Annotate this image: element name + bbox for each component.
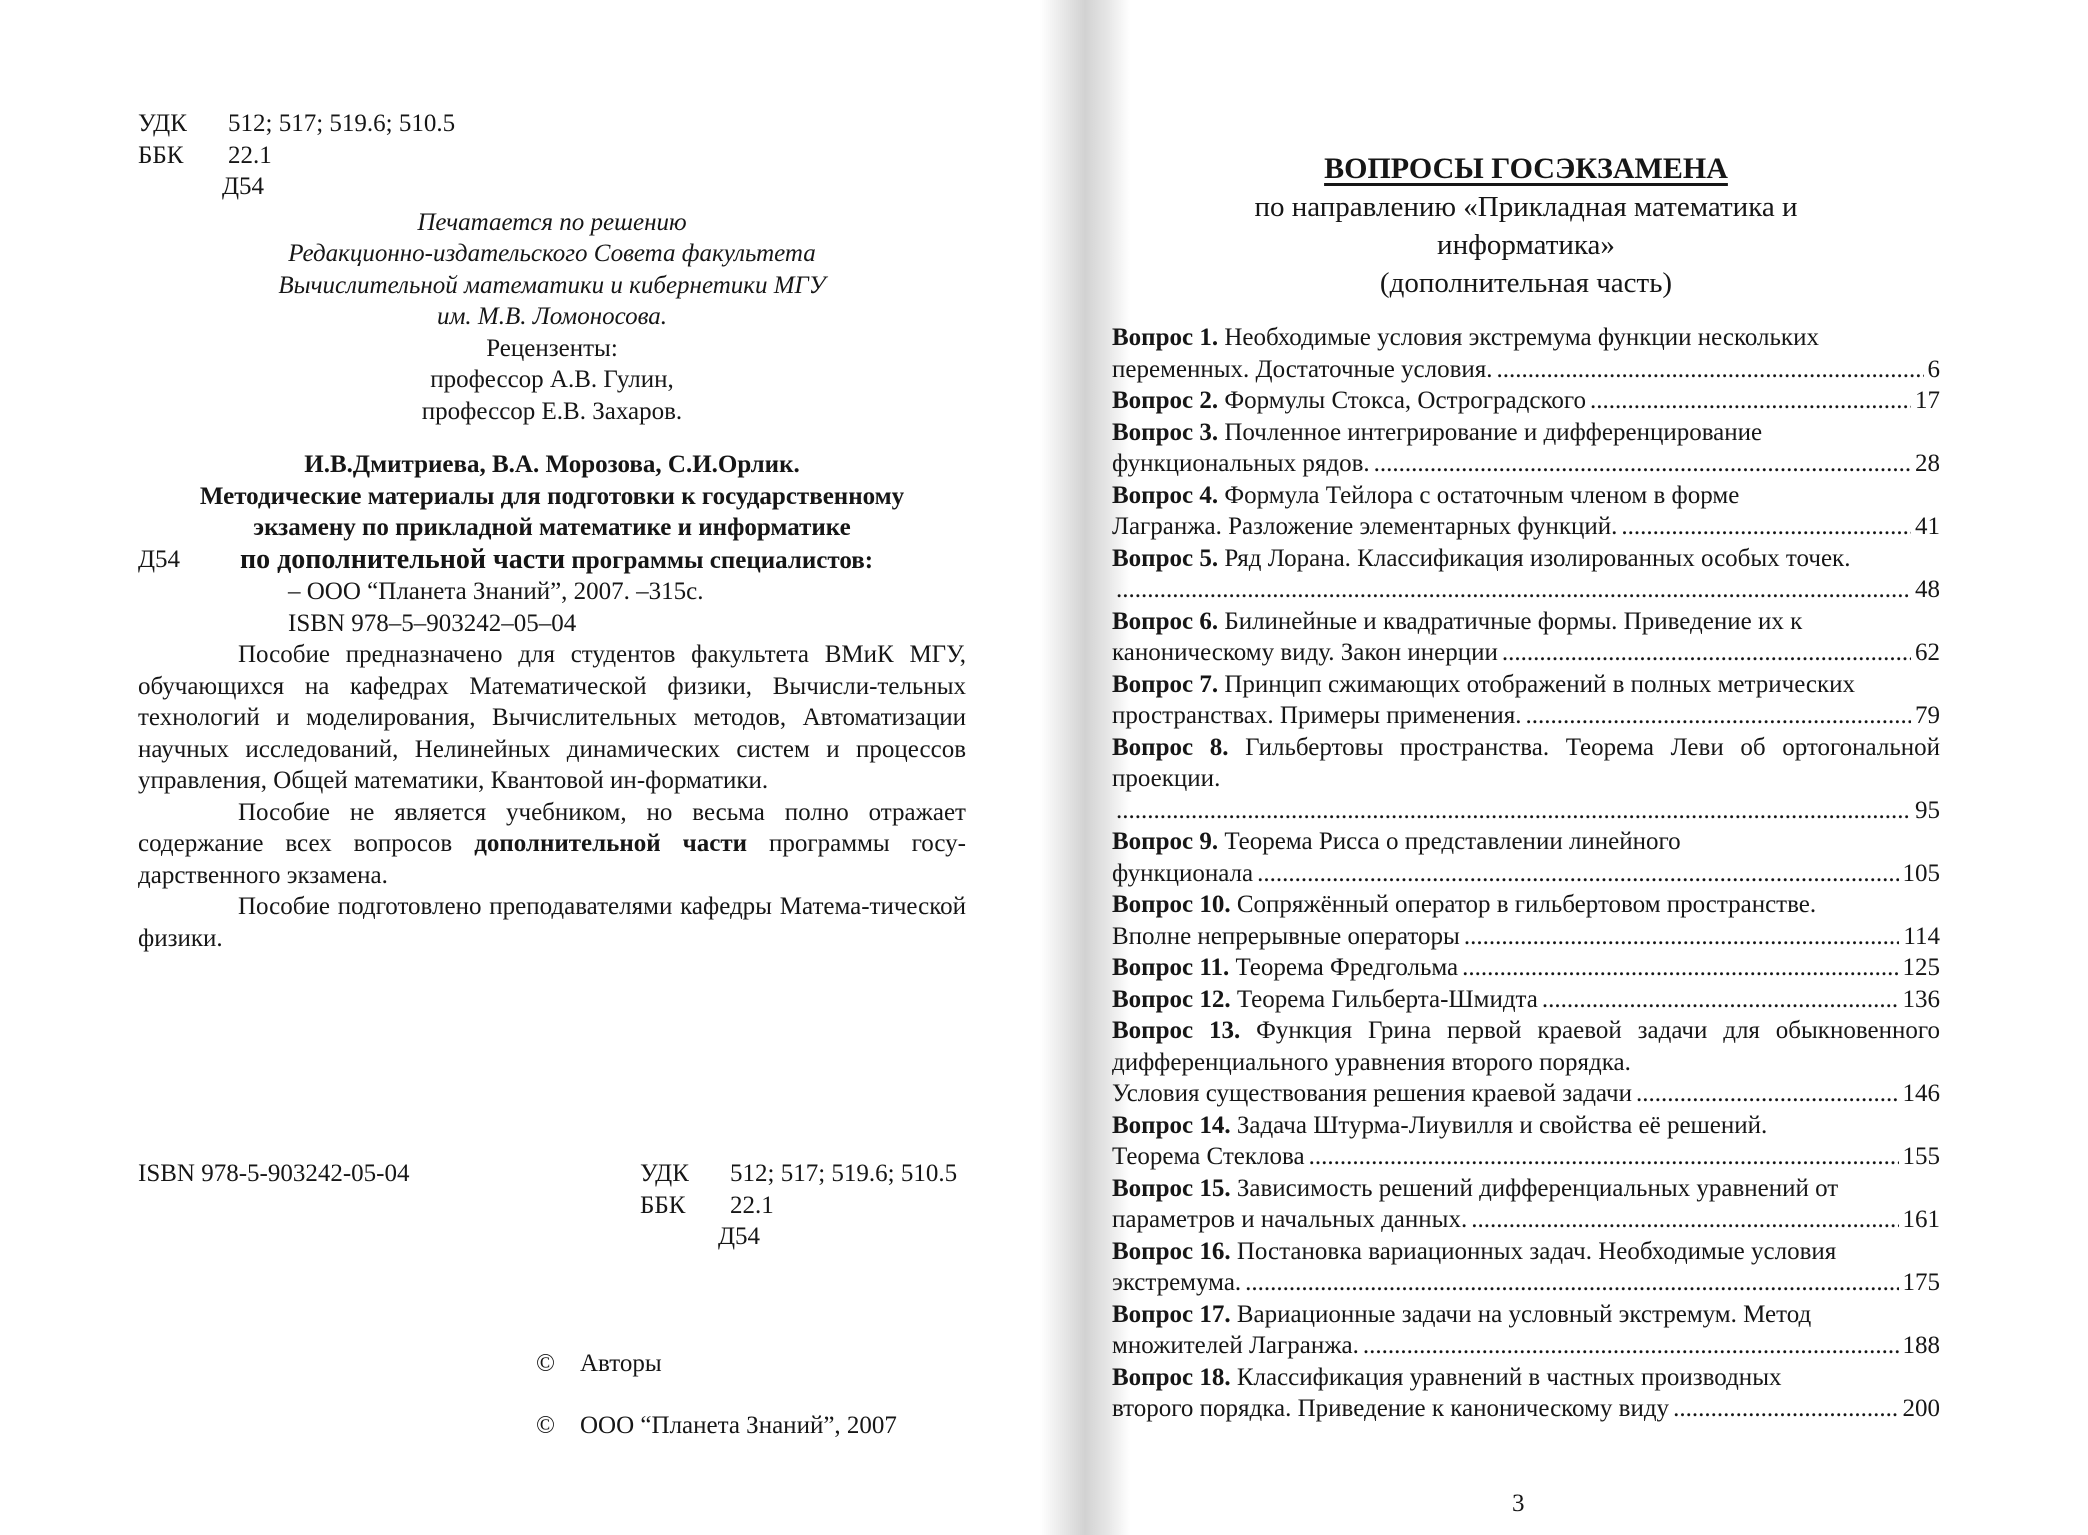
- toc-entry[interactable]: Вопрос 14. Задача Штурма-Лиувилля и свой…: [1112, 1110, 1940, 1173]
- toc-leader-dots: [1363, 1330, 1899, 1362]
- toc-question-text: Постановка вариационных задач. Необходим…: [1237, 1238, 1836, 1265]
- table-of-contents: Вопрос 1. Необходимые условия экстремума…: [1112, 322, 1940, 1425]
- author-mark: Д54: [138, 171, 966, 203]
- toc-page-number: 161: [1903, 1204, 1941, 1236]
- copyright-text: ООО “Планета Знаний”, 2007: [580, 1412, 897, 1439]
- toc-question-text: Ряд Лорана. Классификация изолированных …: [1224, 545, 1850, 572]
- toc-entry[interactable]: Вопрос 2. Формулы Стокса, Остроградского…: [1112, 385, 1940, 417]
- toc-leader-dots: [1464, 921, 1900, 953]
- bbk-label: ББК: [138, 140, 228, 172]
- author-mark: Д54: [640, 1221, 957, 1253]
- toc-entry[interactable]: Вопрос 17. Вариационные задачи на условн…: [1112, 1299, 1940, 1362]
- toc-question-label: Вопрос 4.: [1112, 482, 1224, 509]
- toc-leader-dots: [1116, 574, 1911, 606]
- toc-leader-dots: [1116, 795, 1911, 827]
- toc-question-label: Вопрос 9.: [1112, 828, 1224, 855]
- udk-label: УДК: [640, 1158, 730, 1190]
- copyright-line: ©ООО “Планета Знаний”, 2007: [536, 1412, 897, 1440]
- toc-question-text: Вопрос 12. Теорема Гильберта-Шмидта: [1112, 984, 1538, 1016]
- book-code: Д54: [138, 544, 240, 577]
- toc-subtitle: информатика»: [1112, 226, 1940, 264]
- toc-page-number: 17: [1915, 385, 1940, 417]
- imprint-line: Печатается по решению: [138, 207, 966, 239]
- toc-subtitle: (дополнительная часть): [1112, 264, 1940, 302]
- toc-question-text: Сопряжённый оператор в гильбертовом прос…: [1237, 891, 1816, 918]
- toc-question-label: Вопрос 16.: [1112, 1238, 1237, 1265]
- toc-page-number: 6: [1928, 354, 1941, 386]
- toc-entry[interactable]: Вопрос 4. Формула Тейлора с остаточным ч…: [1112, 480, 1940, 543]
- toc-entry[interactable]: Вопрос 18. Классификация уравнений в час…: [1112, 1362, 1940, 1425]
- toc-entry[interactable]: Вопрос 1. Необходимые условия экстремума…: [1112, 322, 1940, 385]
- toc-question-text: Вопрос 2. Формулы Стокса, Остроградского: [1112, 385, 1586, 417]
- toc-entry[interactable]: Вопрос 3. Почленное интегрирование и диф…: [1112, 417, 1940, 480]
- annotation-paragraph: Пособие предназначено для студентов факу…: [138, 639, 966, 797]
- toc-question-text: Условия существования решения краевой за…: [1112, 1078, 1632, 1110]
- page-number: 3: [1512, 1490, 1525, 1518]
- toc-leader-dots: [1471, 1204, 1898, 1236]
- toc-question-text: множителей Лагранжа.: [1112, 1330, 1359, 1362]
- series-line: Д54 по дополнительной части программы сп…: [138, 544, 966, 577]
- toc-question-label: Вопрос 18.: [1112, 1364, 1237, 1391]
- toc-question-label: Вопрос 10.: [1112, 891, 1237, 918]
- toc-question-text: второго порядка. Приведение к каноническ…: [1112, 1393, 1669, 1425]
- toc-entry[interactable]: Вопрос 15. Зависимость решений дифференц…: [1112, 1173, 1940, 1236]
- toc-leader-dots: [1673, 1393, 1898, 1425]
- reviewer-name: профессор А.В. Гулин,: [138, 364, 966, 396]
- toc-question-label: Вопрос 1.: [1112, 324, 1224, 351]
- toc-entry[interactable]: Вопрос 12. Теорема Гильберта-Шмидта136: [1112, 984, 1940, 1016]
- toc-question-text: Необходимые условия экстремума функции н…: [1224, 324, 1819, 351]
- toc-leader-dots: [1621, 511, 1911, 543]
- toc-entry[interactable]: Вопрос 13. Функция Грина первой краевой …: [1112, 1015, 1940, 1110]
- toc-question-text: Вопрос 11. Теорема Фредгольма: [1112, 952, 1458, 984]
- series-rest: программы специалистов:: [565, 547, 873, 574]
- toc-question-label: Вопрос 14.: [1112, 1112, 1237, 1139]
- toc-title: ВОПРОСЫ ГОСЭКЗАМЕНА: [1112, 150, 1940, 188]
- toc-question-text: Вполне непрерывные операторы: [1112, 921, 1460, 953]
- imprint-line: Редакционно-издательского Совета факульт…: [138, 238, 966, 270]
- toc-question-label: Вопрос 8.: [1112, 734, 1245, 761]
- toc-entry[interactable]: Вопрос 10. Сопряжённый оператор в гильбе…: [1112, 889, 1940, 952]
- copyright-text: Авторы: [580, 1350, 662, 1377]
- imprint: Печатается по решению Редакционно-издате…: [138, 207, 966, 428]
- toc-page-number: 125: [1903, 952, 1941, 984]
- udk-row: УДК512; 517; 519.6; 510.5: [138, 108, 966, 140]
- reviewers-label: Рецензенты:: [138, 333, 966, 365]
- toc-leader-dots: [1245, 1267, 1898, 1299]
- toc-leader-dots: [1462, 952, 1898, 984]
- bibliographic-record: И.В.Дмитриева, В.А. Морозова, С.И.Орлик.…: [138, 449, 966, 639]
- toc-question-text: экстремума.: [1112, 1267, 1241, 1299]
- toc-leader-dots: [1497, 354, 1924, 386]
- toc-page-number: 146: [1903, 1078, 1941, 1110]
- toc-question-label: Вопрос 12.: [1112, 986, 1237, 1013]
- copyright-block: ©Авторы ©ООО “Планета Знаний”, 2007: [536, 1350, 897, 1474]
- toc-page-number: 62: [1915, 637, 1940, 669]
- toc-page-number: 41: [1915, 511, 1940, 543]
- toc-entry[interactable]: Вопрос 9. Теорема Рисса о представлении …: [1112, 826, 1940, 889]
- toc-question-text: Задача Штурма-Лиувилля и свойства её реш…: [1237, 1112, 1767, 1139]
- toc-question-text: переменных. Достаточные условия.: [1112, 354, 1493, 386]
- toc-question-label: Вопрос 17.: [1112, 1301, 1237, 1328]
- toc-page-number: 48: [1915, 574, 1940, 606]
- copyright-icon: ©: [536, 1412, 580, 1440]
- toc-question-text: Формула Тейлора с остаточным членом в фо…: [1224, 482, 1739, 509]
- reviewer-name: профессор Е.В. Захаров.: [138, 396, 966, 428]
- publisher-line: – ООО “Планета Знаний”, 2007. –315с.: [138, 576, 966, 608]
- toc-entry[interactable]: Вопрос 8. Гильбертовы пространства. Теор…: [1112, 732, 1940, 827]
- toc-leader-dots: [1374, 448, 1911, 480]
- toc-question-label: Вопрос 13.: [1112, 1017, 1256, 1044]
- toc-leader-dots: [1257, 858, 1898, 890]
- book-title-line: экзамену по прикладной математике и инфо…: [138, 512, 966, 544]
- series-bold: по дополнительной части: [240, 544, 565, 575]
- annotation-paragraph: Пособие подготовлено преподавателями каф…: [138, 891, 966, 954]
- toc-question-label: Вопрос 7.: [1112, 671, 1224, 698]
- toc-entry[interactable]: Вопрос 7. Принцип сжимающих отображений …: [1112, 669, 1940, 732]
- toc-question-label: Вопрос 5.: [1112, 545, 1224, 572]
- right-page: ВОПРОСЫ ГОСЭКЗАМЕНА по направлению «Прик…: [1112, 150, 1940, 1425]
- toc-entry[interactable]: Вопрос 6. Билинейные и квадратичные форм…: [1112, 606, 1940, 669]
- toc-question-text: Почленное интегрирование и дифференциров…: [1224, 419, 1762, 446]
- toc-page-number: 200: [1903, 1393, 1941, 1425]
- toc-subtitle: по направлению «Прикладная математика и: [1112, 188, 1940, 226]
- toc-leader-dots: [1502, 637, 1911, 669]
- toc-question-label: Вопрос 6.: [1112, 608, 1224, 635]
- udk-value: 512; 517; 519.6; 510.5: [730, 1160, 957, 1187]
- toc-question-label: Вопрос 15.: [1112, 1175, 1237, 1202]
- copyright-icon: ©: [536, 1350, 580, 1378]
- bottom-isbn: ISBN 978-5-903242-05-04: [138, 1158, 410, 1190]
- toc-leader-dots: [1525, 700, 1911, 732]
- toc-question-text: функциональных рядов.: [1112, 448, 1370, 480]
- toc-question-label: Вопрос 3.: [1112, 419, 1224, 446]
- toc-question-text: параметров и начальных данных.: [1112, 1204, 1467, 1236]
- toc-question-text: функционала: [1112, 858, 1253, 890]
- book-title-line: Методические материалы для подготовки к …: [138, 481, 966, 513]
- toc-page-number: 136: [1903, 984, 1941, 1016]
- udk-value: 512; 517; 519.6; 510.5: [228, 110, 455, 137]
- toc-question-text: Лагранжа. Разложение элементарных функци…: [1112, 511, 1617, 543]
- toc-leader-dots: [1309, 1141, 1899, 1173]
- toc-question-text: Зависимость решений дифференциальных ура…: [1237, 1175, 1838, 1202]
- book-authors: И.В.Дмитриева, В.А. Морозова, С.И.Орлик.: [138, 449, 966, 481]
- toc-leader-dots: [1636, 1078, 1899, 1110]
- toc-question-text: Принцип сжимающих отображений в полных м…: [1224, 671, 1855, 698]
- toc-page-number: 155: [1903, 1141, 1941, 1173]
- toc-question-text: Вариационные задачи на условный экстрему…: [1237, 1301, 1811, 1328]
- toc-page-number: 105: [1903, 858, 1941, 890]
- toc-page-number: 114: [1903, 921, 1940, 953]
- bbk-row: ББК22.1: [138, 140, 966, 172]
- bbk-value: 22.1: [730, 1192, 774, 1219]
- isbn-line: ISBN 978–5–903242–05–04: [138, 608, 966, 640]
- toc-leader-dots: [1590, 385, 1911, 417]
- toc-entry[interactable]: Вопрос 11. Теорема Фредгольма125: [1112, 952, 1940, 984]
- toc-page-number: 28: [1915, 448, 1940, 480]
- toc-question-text: Билинейные и квадратичные формы. Приведе…: [1224, 608, 1802, 635]
- toc-page-number: 175: [1903, 1267, 1941, 1299]
- toc-entry[interactable]: Вопрос 5. Ряд Лорана. Классификация изол…: [1112, 543, 1940, 606]
- bbk-label: ББК: [640, 1190, 730, 1222]
- toc-question-text: Классификация уравнений в частных произв…: [1237, 1364, 1782, 1391]
- udk-label: УДК: [138, 108, 228, 140]
- annotation-paragraph: Пособие не является учебником, но весьма…: [138, 797, 966, 892]
- paragraph-bold-text: дополнительной части: [474, 830, 747, 857]
- toc-page-number: 95: [1915, 795, 1940, 827]
- toc-leader-dots: [1542, 984, 1899, 1016]
- bbk-value: 22.1: [228, 142, 272, 169]
- toc-page-number: 79: [1915, 700, 1940, 732]
- toc-question-text: пространствах. Примеры применения.: [1112, 700, 1521, 732]
- left-page: УДК512; 517; 519.6; 510.5 ББК22.1 Д54 Пе…: [138, 108, 966, 954]
- toc-question-text: каноническому виду. Закон инерции: [1112, 637, 1498, 669]
- toc-question-label: Вопрос 11.: [1112, 954, 1235, 981]
- copyright-line: ©Авторы: [536, 1350, 897, 1378]
- toc-entry[interactable]: Вопрос 16. Постановка вариационных задач…: [1112, 1236, 1940, 1299]
- toc-question-text: Теорема Стеклова: [1112, 1141, 1305, 1173]
- toc-question-text: Теорема Рисса о представлении линейного: [1224, 828, 1680, 855]
- imprint-line: им. М.В. Ломоносова.: [138, 301, 966, 333]
- toc-question-label: Вопрос 2.: [1112, 387, 1224, 414]
- imprint-line: Вычислительной математики и кибернетики …: [138, 270, 966, 302]
- bottom-catalog: УДК512; 517; 519.6; 510.5 ББК22.1 Д54: [640, 1158, 957, 1253]
- toc-page-number: 188: [1903, 1330, 1941, 1362]
